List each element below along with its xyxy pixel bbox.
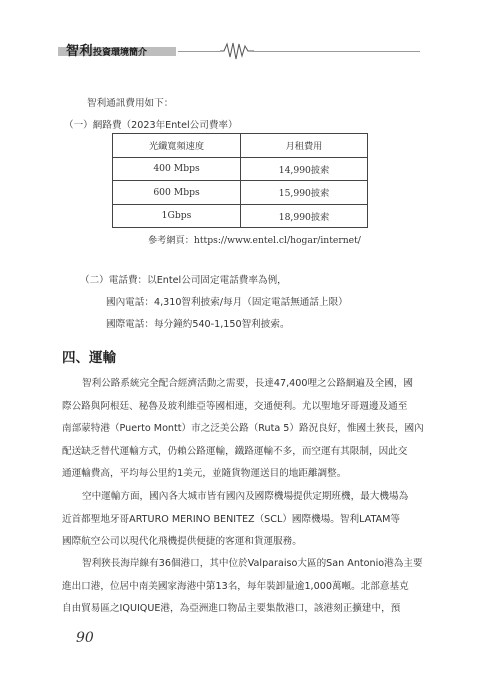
paragraph-line: 自由貿易區之IQUIQUE港，為亞洲進口物品主要集散港口，該港刻正擴建中，預 (62, 598, 420, 621)
header-title-sub: 投資環境簡介 (93, 48, 147, 58)
paragraph-line: 南部蒙特港（Puerto Montt）市之泛美公路（Ruta 5）路況良好，惟國… (62, 418, 420, 441)
page-number: 90 (76, 630, 94, 646)
paragraph-sea: 智利狹長海岸線有36個港口，其中位於Valparaiso大區的San Anton… (62, 553, 420, 621)
paragraph-line: 智利狹長海岸線有36個港口，其中位於Valparaiso大區的San Anton… (62, 553, 420, 576)
paragraph-road: 智利公路系統完全配合經濟活動之需要，長達47,400哩之公路網遍及全國，國 際公… (62, 373, 420, 486)
running-header: 智利投資環境簡介 (58, 38, 428, 62)
reference-link-text: 參考網頁：https://www.entel.cl/hogar/internet… (148, 234, 361, 248)
section2-heading: （二）電話費：以Entel公司固定電話費率為例， (80, 274, 287, 288)
internet-rate-table: 光纖寬頻速度 月租費用 400 Mbps 14,990披索 600 Mbps 1… (112, 133, 368, 228)
table-cell: 14,990披索 (241, 157, 368, 181)
zigzag-wave-icon (220, 39, 254, 63)
paragraph-line: 通運輸費高，平均每公里約1美元，並隨貨物運送目的地距離調整。 (62, 463, 420, 486)
paragraph-air: 空中運輸方面，國內各大城市皆有國內及國際機場提供定期班機，最大機場為 近首都聖地… (62, 486, 420, 554)
domestic-call-rate: 國內電話：4,310智利披索/每月（固定電話無通話上限） (106, 296, 348, 310)
paragraph-line: 際公路與阿根廷、秘魯及玻利維亞等國相連，交通便利。尤以聖地牙哥週邊及通至 (62, 396, 420, 419)
table-cell: 15,990披索 (241, 181, 368, 205)
paragraph-line: 智利公路系統完全配合經濟活動之需要，長達47,400哩之公路網遍及全國，國 (62, 373, 420, 396)
header-title: 智利投資環境簡介 (66, 40, 147, 59)
table-row: 1Gbps 18,990披索 (113, 204, 368, 228)
table-cell: 1Gbps (113, 204, 241, 228)
table-header-cell: 月租費用 (241, 134, 368, 158)
table-row: 600 Mbps 15,990披索 (113, 181, 368, 205)
international-call-rate: 國際電話：每分鐘約540-1,150智利披索。 (106, 318, 290, 332)
section1-heading: （一）網路費（2023年Entel公司費率） (64, 119, 238, 133)
paragraph-line: 進出口港，位居中南美國家海港中第13名，每年裝卸量逾1,000萬噸。北部意基克 (62, 576, 420, 599)
header-rule-left (178, 51, 220, 52)
table-cell: 600 Mbps (113, 181, 241, 205)
table-row: 400 Mbps 14,990披索 (113, 157, 368, 181)
header-title-main: 智利 (66, 44, 93, 59)
header-rule-right (252, 51, 420, 52)
table-cell: 18,990披索 (241, 204, 368, 228)
paragraph-line: 配送缺乏替代運輸方式，仍賴公路運輸，鐵路運輸不多，而空運有其限制，因此交 (62, 441, 420, 464)
table-header-cell: 光纖寬頻速度 (113, 134, 241, 158)
chapter-title: 四、運輸 (62, 346, 116, 366)
paragraph-line: 國際航空公司以現代化飛機提供便捷的客運和貨運服務。 (62, 531, 420, 554)
paragraph-line: 空中運輸方面，國內各大城市皆有國內及國際機場提供定期班機，最大機場為 (62, 486, 420, 509)
intro-text: 智利通訊費用如下： (87, 97, 173, 111)
table-header-row: 光纖寬頻速度 月租費用 (113, 134, 368, 158)
table-cell: 400 Mbps (113, 157, 241, 181)
paragraph-line: 近首都聖地牙哥ARTURO MERINO BENITEZ（SCL）國際機場。智利… (62, 509, 420, 532)
